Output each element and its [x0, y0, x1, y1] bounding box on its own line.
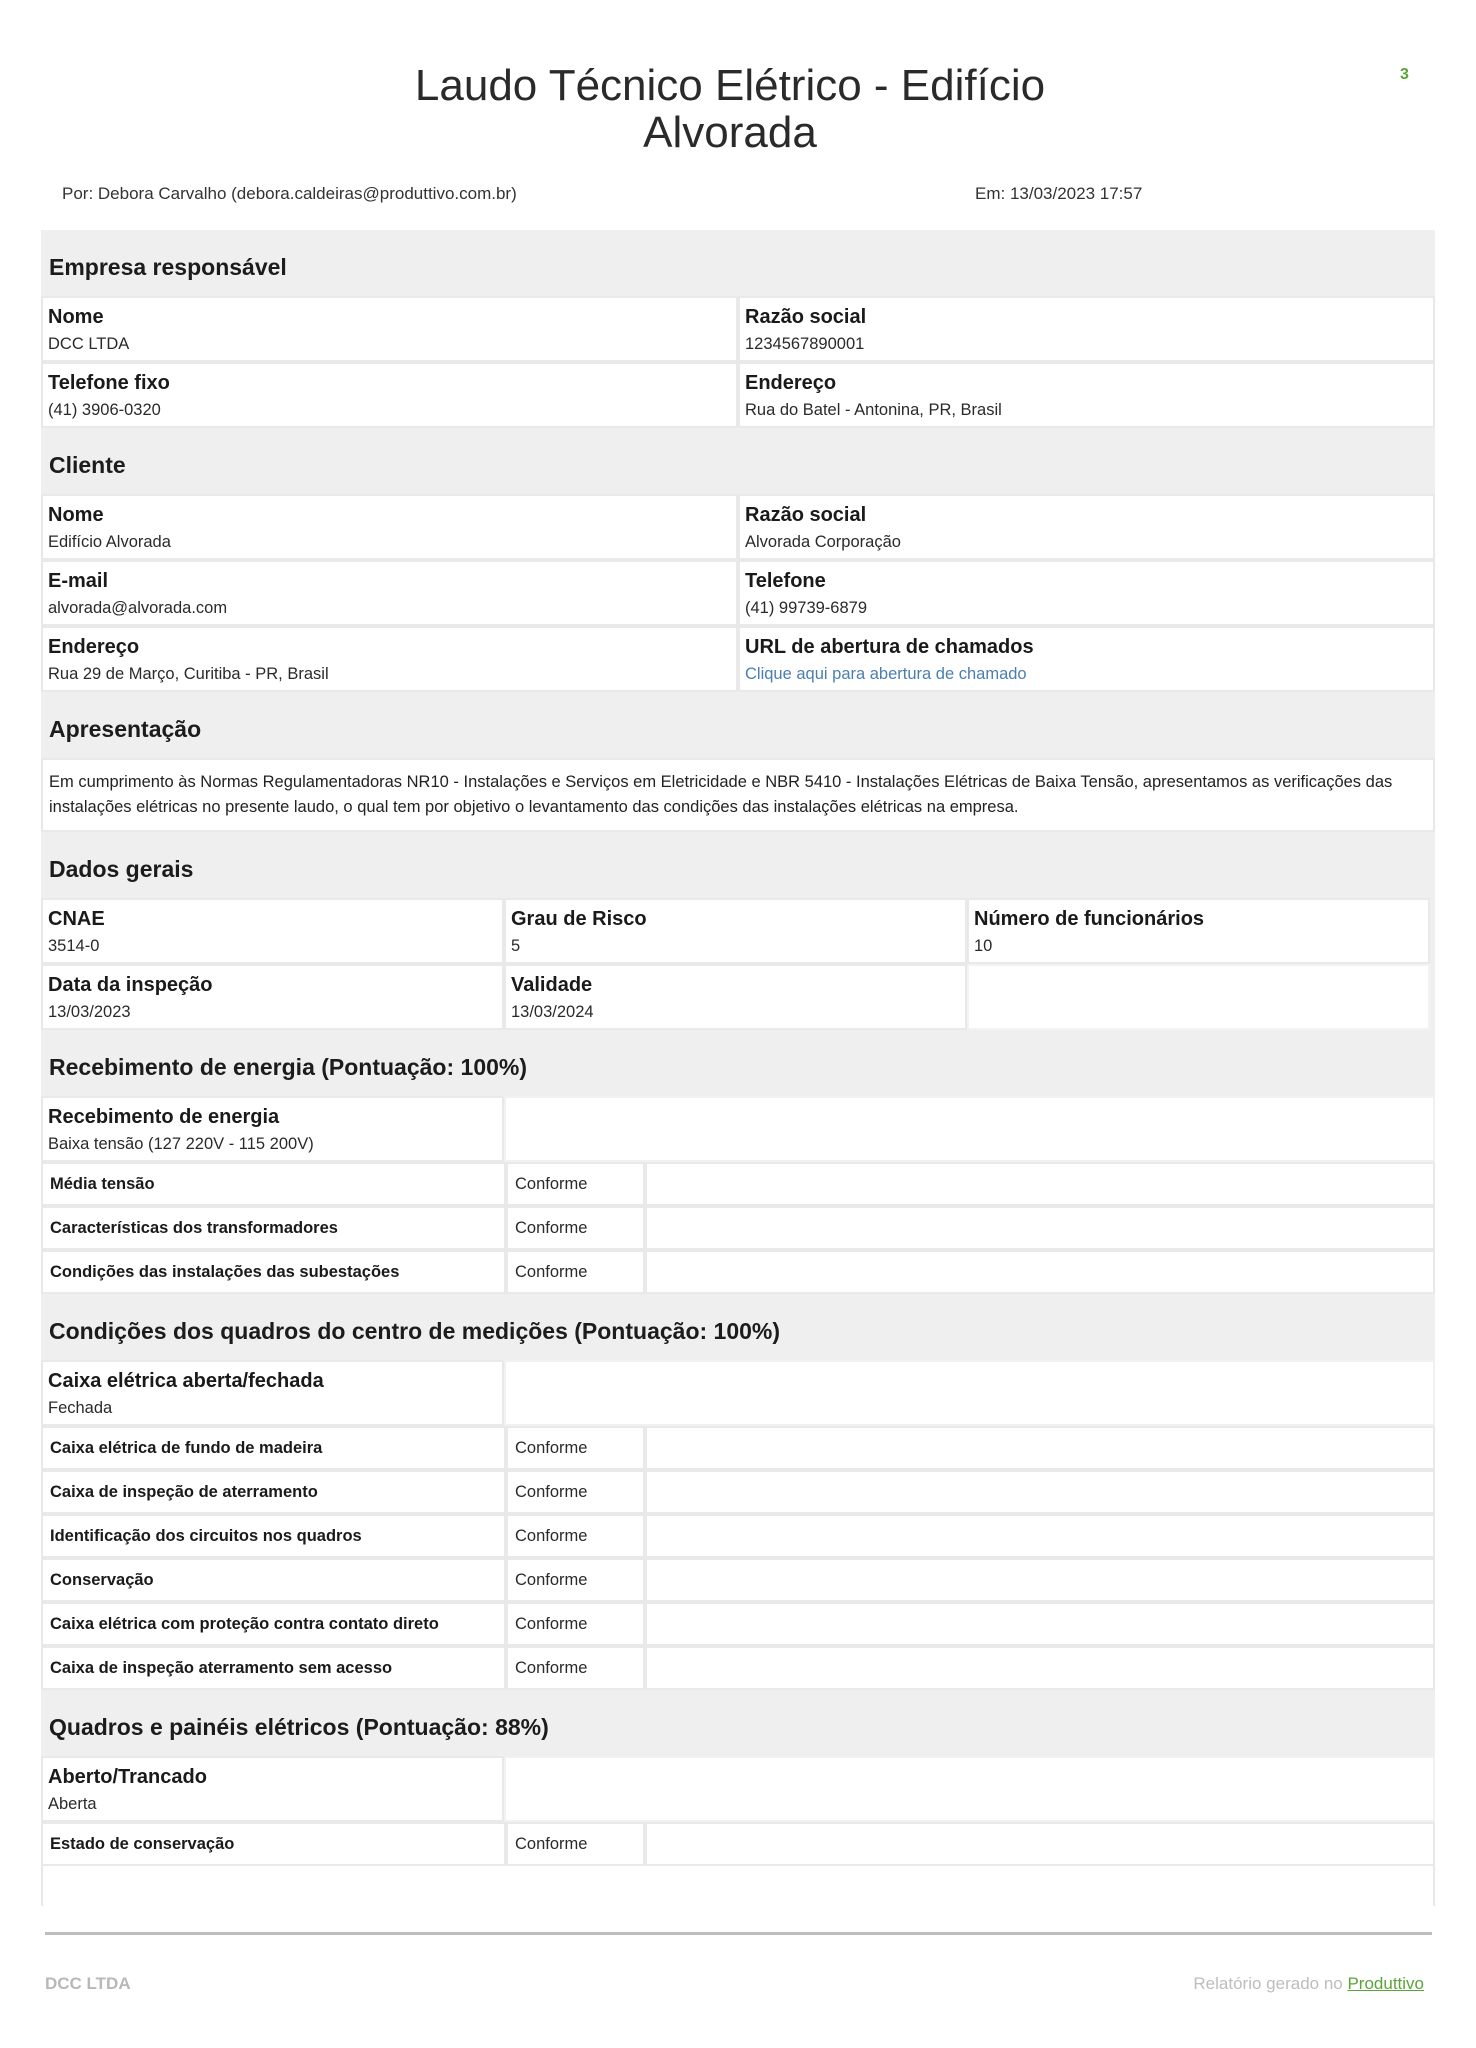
checklist-status: Conforme	[506, 1162, 645, 1206]
field-value: Baixa tensão (127 220V - 115 200V)	[48, 1133, 497, 1155]
empty-cell	[504, 1096, 1435, 1162]
checklist-status: Conforme	[506, 1470, 645, 1514]
field-value: 5	[511, 935, 960, 957]
section-heading-apresentacao: Apresentação	[41, 692, 1435, 758]
dados-gerais-fields: CNAE 3514-0 Grau de Risco 5 Número de fu…	[41, 898, 1435, 1030]
checklist-row: Conservação Conforme	[41, 1558, 1435, 1602]
field-label: Telefone fixo	[48, 370, 731, 396]
field-value: 10	[974, 935, 1423, 957]
field-value: (41) 99739-6879	[745, 597, 1428, 619]
checklist-question: Caixa elétrica de fundo de madeira	[41, 1426, 506, 1470]
section-heading-dados-gerais: Dados gerais	[41, 832, 1435, 898]
checklist-row: Média tensão Conforme	[41, 1162, 1435, 1206]
field-value: 13/03/2024	[511, 1001, 960, 1023]
field-numero-funcionarios: Número de funcionários 10	[967, 898, 1430, 964]
field-value: (41) 3906-0320	[48, 399, 731, 421]
checklist-question: Caixa elétrica com proteção contra conta…	[41, 1602, 506, 1646]
checklist-question: Média tensão	[41, 1162, 506, 1206]
empresa-fields: Nome DCC LTDA Razão social 1234567890001…	[41, 296, 1435, 428]
field-cliente-endereco: Endereço Rua 29 de Março, Curitiba - PR,…	[41, 626, 738, 692]
field-value: DCC LTDA	[48, 333, 731, 355]
field-label: Aberto/Trancado	[48, 1764, 497, 1790]
field-empresa-razao-social: Razão social 1234567890001	[738, 296, 1435, 362]
apresentacao-text: Em cumprimento às Normas Regulamentadora…	[41, 758, 1435, 832]
field-label: E-mail	[48, 568, 731, 594]
field-value: Alvorada Corporação	[745, 531, 1428, 553]
open-ticket-link[interactable]: Clique aqui para abertura de chamado	[745, 663, 1428, 685]
checklist-question: Caixa de inspeção aterramento sem acesso	[41, 1646, 506, 1690]
checklist-observation	[645, 1206, 1435, 1250]
empty-cell	[504, 1360, 1435, 1426]
report-title-line-2: Alvorada	[330, 109, 1130, 156]
field-value: alvorada@alvorada.com	[48, 597, 731, 619]
field-value: 1234567890001	[745, 333, 1428, 355]
field-value: Rua 29 de Março, Curitiba - PR, Brasil	[48, 663, 731, 685]
field-label: Data da inspeção	[48, 972, 497, 998]
section-heading-empresa: Empresa responsável	[41, 230, 1435, 296]
field-cliente-telefone: Telefone (41) 99739-6879	[738, 560, 1435, 626]
checklist-observation	[645, 1602, 1435, 1646]
checklist-question: Caixa de inspeção de aterramento	[41, 1470, 506, 1514]
field-cliente-email: E-mail alvorada@alvorada.com	[41, 560, 738, 626]
field-value: Rua do Batel - Antonina, PR, Brasil	[745, 399, 1428, 421]
checklist-status: Conforme	[506, 1558, 645, 1602]
checklist-question: Identificação dos circuitos nos quadros	[41, 1514, 506, 1558]
checklist-status: Conforme	[506, 1646, 645, 1690]
report-date: Em: 13/03/2023 17:57	[975, 184, 1142, 204]
checklist-observation	[645, 1470, 1435, 1514]
field-label: Endereço	[48, 634, 731, 660]
checklist-row: Estado de conservação Conforme	[41, 1822, 1435, 1866]
report-body: Empresa responsável Nome DCC LTDA Razão …	[41, 230, 1435, 1895]
field-value: Fechada	[48, 1397, 497, 1419]
page-number: 3	[1400, 66, 1409, 84]
report-title-line-1: Laudo Técnico Elétrico - Edifício	[330, 62, 1130, 109]
checklist-status: Conforme	[506, 1514, 645, 1558]
field-value: Edifício Alvorada	[48, 531, 731, 553]
checklist-row: Caixa de inspeção aterramento sem acesso…	[41, 1646, 1435, 1690]
field-grau-risco: Grau de Risco 5	[504, 898, 967, 964]
empty-cell	[504, 1756, 1435, 1822]
section-heading-recebimento-energia: Recebimento de energia (Pontuação: 100%)	[41, 1030, 1435, 1096]
checklist-question: Condições das instalações das subestaçõe…	[41, 1250, 506, 1294]
section-heading-cliente: Cliente	[41, 428, 1435, 494]
footer-company: DCC LTDA	[45, 1974, 131, 1994]
checklist-status: Conforme	[506, 1206, 645, 1250]
report-title: Laudo Técnico Elétrico - Edifício Alvora…	[330, 62, 1130, 156]
field-cliente-razao-social: Razão social Alvorada Corporação	[738, 494, 1435, 560]
checklist-observation	[645, 1646, 1435, 1690]
checklist-observation	[645, 1822, 1435, 1866]
field-value: Aberta	[48, 1793, 497, 1815]
field-label: Telefone	[745, 568, 1428, 594]
footer-generated-text: Relatório gerado no	[1193, 1974, 1347, 1993]
field-label: Recebimento de energia	[48, 1104, 497, 1130]
field-label: Nome	[48, 304, 731, 330]
checklist-observation	[645, 1558, 1435, 1602]
field-empresa-nome: Nome DCC LTDA	[41, 296, 738, 362]
checklist-question: Estado de conservação	[41, 1822, 506, 1866]
field-label: Razão social	[745, 304, 1428, 330]
section-heading-quadros-centro-medicoes: Condições dos quadros do centro de mediç…	[41, 1294, 1435, 1360]
field-label: Número de funcionários	[974, 906, 1423, 932]
checklist-status: Conforme	[506, 1602, 645, 1646]
checklist-question: Conservação	[41, 1558, 506, 1602]
footer-generated-by: Relatório gerado no Produttivo	[1193, 1974, 1424, 1994]
checklist-top-field: Recebimento de energia Baixa tensão (127…	[41, 1096, 1435, 1162]
checklist-observation	[645, 1514, 1435, 1558]
page-continuation	[41, 1866, 1435, 1906]
field-label: CNAE	[48, 906, 497, 932]
field-label: Grau de Risco	[511, 906, 960, 932]
footer-divider	[45, 1932, 1432, 1935]
field-cliente-url-chamados: URL de abertura de chamados Clique aqui …	[738, 626, 1435, 692]
checklist-row: Características dos transformadores Conf…	[41, 1206, 1435, 1250]
checklist-row: Identificação dos circuitos nos quadros …	[41, 1514, 1435, 1558]
checklist-status: Conforme	[506, 1822, 645, 1866]
checklist-observation	[645, 1426, 1435, 1470]
checklist-row: Caixa elétrica de fundo de madeira Confo…	[41, 1426, 1435, 1470]
field-label: Nome	[48, 502, 731, 528]
produttivo-link[interactable]: Produttivo	[1347, 1974, 1424, 1993]
field-label: Razão social	[745, 502, 1428, 528]
field-label: Caixa elétrica aberta/fechada	[48, 1368, 497, 1394]
checklist-status: Conforme	[506, 1250, 645, 1294]
report-author: Por: Debora Carvalho (debora.caldeiras@p…	[62, 184, 517, 204]
checklist-top-field: Caixa elétrica aberta/fechada Fechada	[41, 1360, 1435, 1426]
checklist-row: Caixa de inspeção de aterramento Conform…	[41, 1470, 1435, 1514]
checklist-row: Condições das instalações das subestaçõe…	[41, 1250, 1435, 1294]
field-value: 3514-0	[48, 935, 497, 957]
field-cnae: CNAE 3514-0	[41, 898, 504, 964]
field-label: Endereço	[745, 370, 1428, 396]
checklist-question: Características dos transformadores	[41, 1206, 506, 1250]
field-data-inspecao: Data da inspeção 13/03/2023	[41, 964, 504, 1030]
checklist-top-field: Aberto/Trancado Aberta	[41, 1756, 1435, 1822]
section-heading-quadros-paineis: Quadros e painéis elétricos (Pontuação: …	[41, 1690, 1435, 1756]
checklist-status: Conforme	[506, 1426, 645, 1470]
field-label: URL de abertura de chamados	[745, 634, 1428, 660]
field-empresa-telefone: Telefone fixo (41) 3906-0320	[41, 362, 738, 428]
field-value: 13/03/2023	[48, 1001, 497, 1023]
empty-cell	[967, 964, 1430, 1030]
cliente-fields: Nome Edifício Alvorada Razão social Alvo…	[41, 494, 1435, 692]
checklist-observation	[645, 1250, 1435, 1294]
checklist-observation	[645, 1162, 1435, 1206]
field-validade: Validade 13/03/2024	[504, 964, 967, 1030]
field-empresa-endereco: Endereço Rua do Batel - Antonina, PR, Br…	[738, 362, 1435, 428]
field-cliente-nome: Nome Edifício Alvorada	[41, 494, 738, 560]
field-label: Validade	[511, 972, 960, 998]
checklist-row: Caixa elétrica com proteção contra conta…	[41, 1602, 1435, 1646]
